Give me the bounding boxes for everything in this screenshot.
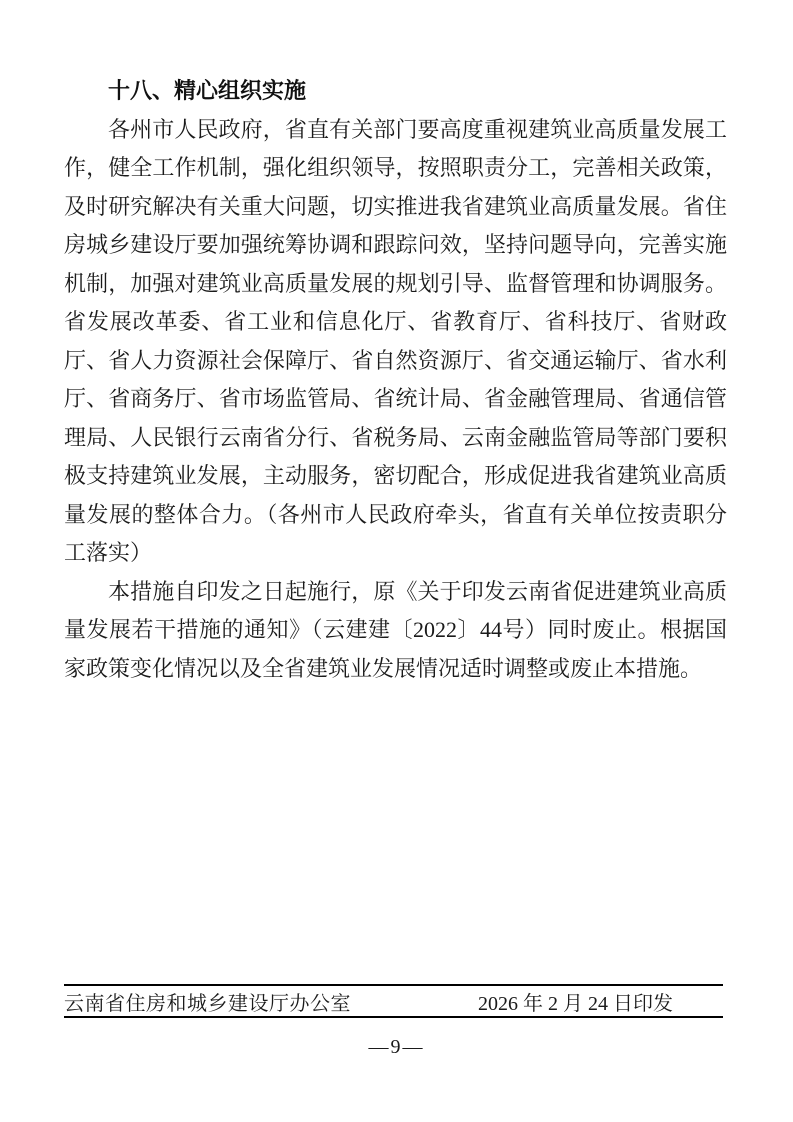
footer-band: 云南省住房和城乡建设厅办公室 2026 年 2 月 24 日印发 [64, 984, 723, 1018]
section-heading: 十八、精心组织实施 [64, 72, 727, 111]
footer-issuing-office: 云南省住房和城乡建设厅办公室 [64, 987, 351, 1016]
footer-print-date: 2026 年 2 月 24 日印发 [478, 987, 673, 1016]
document-content: 十八、精心组织实施 各州市人民政府，省直有关部门要高度重视建筑业高质量发展工作，… [64, 72, 727, 688]
page-number: —9— [0, 1036, 793, 1059]
body-paragraph: 本措施自印发之日起施行，原《关于印发云南省促进建筑业高质量发展若干措施的通知》（… [64, 573, 727, 689]
document-page: 十八、精心组织实施 各州市人民政府，省直有关部门要高度重视建筑业高质量发展工作，… [0, 0, 793, 1122]
body-paragraph: 各州市人民政府，省直有关部门要高度重视建筑业高质量发展工作，健全工作机制，强化组… [64, 111, 727, 573]
